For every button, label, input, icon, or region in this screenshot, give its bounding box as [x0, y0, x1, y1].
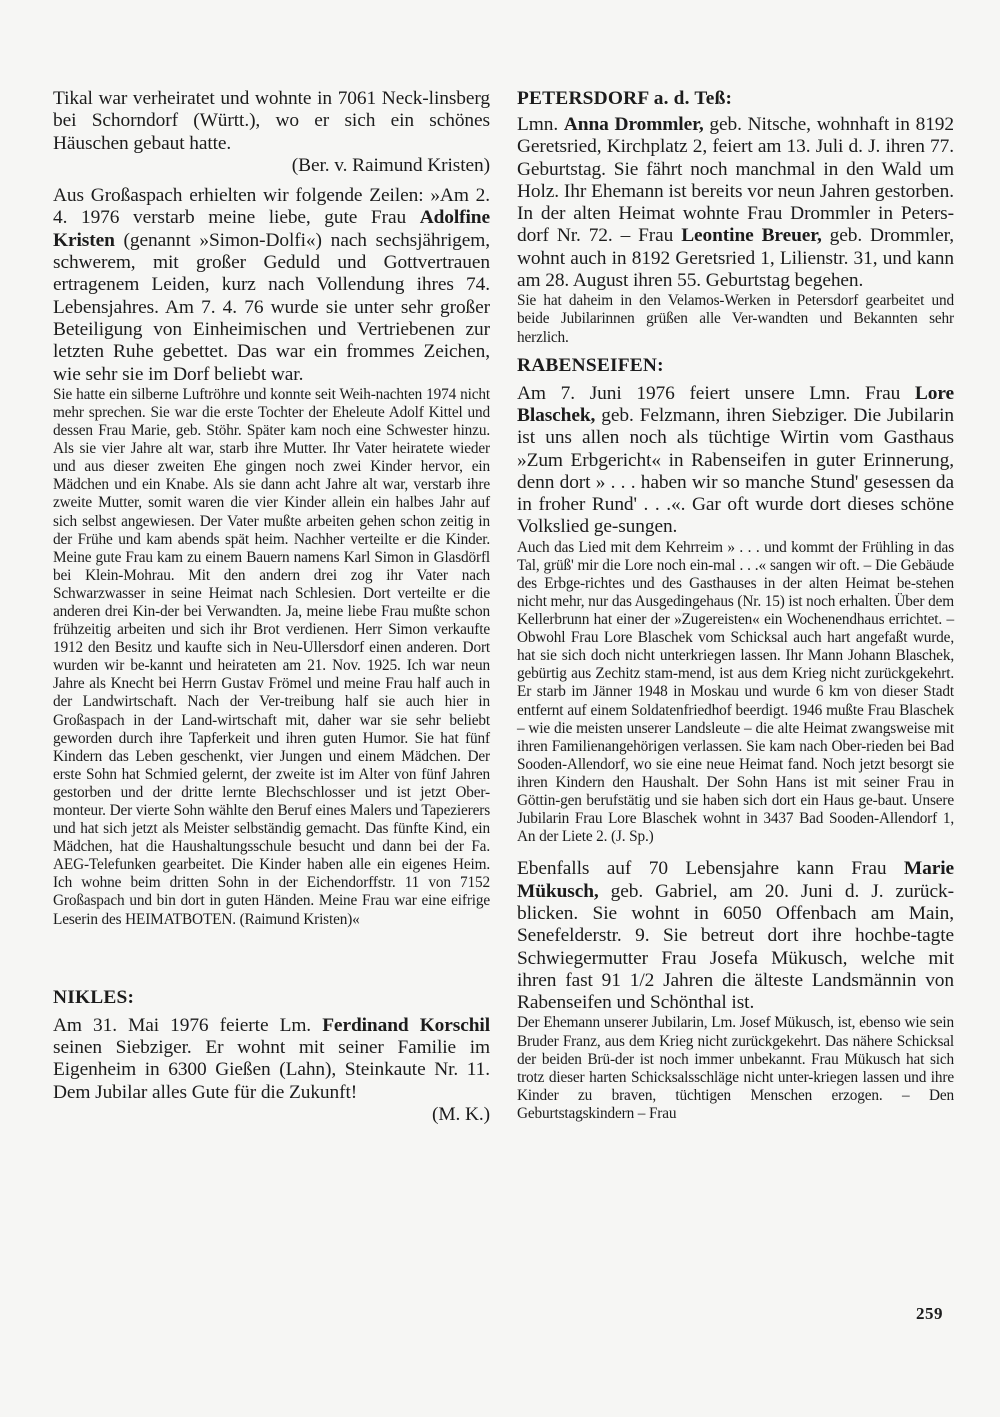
rabenseifen-body: Auch das Lied mit dem Kehrreim » . . . u…: [517, 539, 954, 847]
petersdorf-body: Sie hat daheim in den Velamos-Werken in …: [517, 292, 954, 346]
person-name-leontine-breuer: Leontine Breuer,: [681, 225, 822, 246]
person-name-ferdinand-korschil: Ferdinand Korschil: [322, 1015, 490, 1036]
section-heading-petersdorf: PETERSDORF a. d. Teß:: [517, 88, 954, 110]
muekusch-body: Der Ehemann unserer Jubilarin, Lm. Josef…: [517, 1014, 954, 1123]
nikles-credit: (M. K.): [53, 1104, 490, 1126]
intro-text: Tikal war verheiratet und wohnte in 7061…: [53, 88, 490, 154]
petersdorf-lead: Lmn. Anna Drommler, geb. Nitsche, wohnha…: [517, 114, 954, 292]
person-name-anna-drommler: Anna Drommler,: [564, 114, 704, 135]
grossaspach-lead-text-2: (genannt »Simon-Dolfi«) nach sechsjährig…: [53, 230, 490, 385]
muekusch-text: Ebenfalls auf 70 Lebensjahre kann Frau: [517, 858, 904, 879]
rabenseifen-lead: Am 7. Juni 1976 feiert unsere Lmn. Frau …: [517, 383, 954, 539]
section-heading-rabenseifen: RABENSEIFEN:: [517, 355, 954, 377]
spacer: [517, 846, 954, 858]
grossaspach-lead: Aus Großaspach erhielten wir folgende Ze…: [53, 185, 490, 386]
document-page: Tikal war verheiratet und wohnte in 7061…: [0, 0, 1000, 1417]
nikles-paragraph: Am 31. Mai 1976 feierte Lm. Ferdinand Ko…: [53, 1015, 490, 1104]
grossaspach-body: Sie hatte ein silberne Luftröhre und kon…: [53, 386, 490, 929]
muekusch-lead: Ebenfalls auf 70 Lebensjahre kann Frau M…: [517, 858, 954, 1014]
left-column: Tikal war verheiratet und wohnte in 7061…: [53, 88, 490, 1126]
spacer: [53, 929, 490, 987]
spacer: [53, 177, 490, 185]
petersdorf-text: Lmn.: [517, 114, 564, 135]
intro-paragraph: Tikal war verheiratet und wohnte in 7061…: [53, 88, 490, 155]
section-heading-nikles: NIKLES:: [53, 987, 490, 1009]
page-number: 259: [916, 1304, 943, 1324]
intro-credit: (Ber. v. Raimund Kristen): [53, 155, 490, 177]
rabenseifen-text: Am 7. Juni 1976 feiert unsere Lmn. Frau: [517, 383, 915, 404]
nikles-text-2: seinen Siebziger. Er wohnt mit seiner Fa…: [53, 1037, 490, 1103]
right-column: PETERSDORF a. d. Teß: Lmn. Anna Drommler…: [517, 88, 954, 1123]
spacer: [517, 347, 954, 355]
nikles-text: Am 31. Mai 1976 feierte Lm.: [53, 1015, 322, 1036]
